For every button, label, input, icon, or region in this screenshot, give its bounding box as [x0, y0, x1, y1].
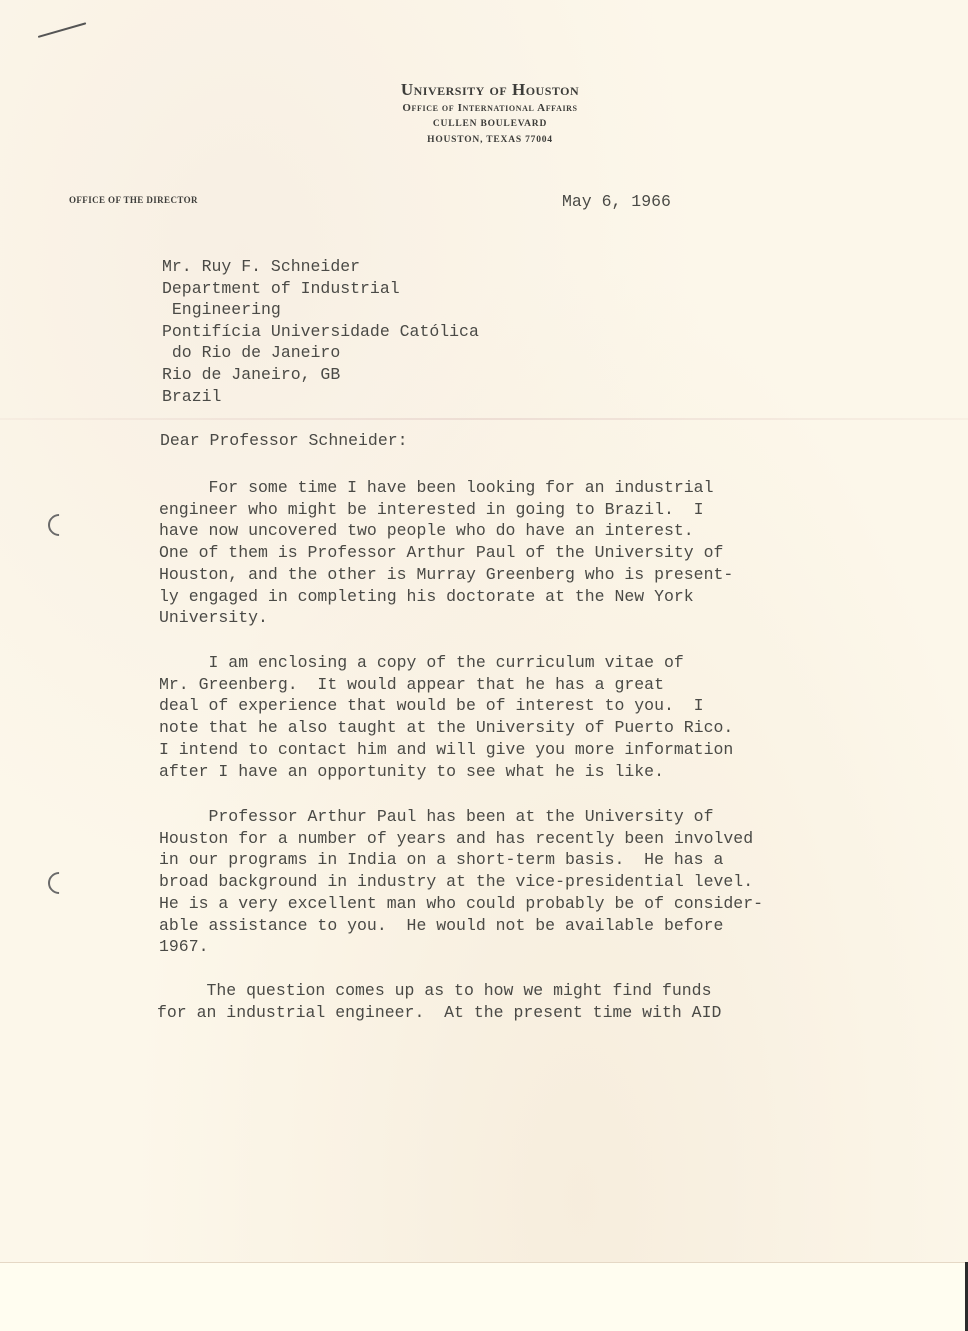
body-paragraph: For some time I have been looking for an…: [159, 477, 733, 629]
paper-fold-line: [0, 418, 968, 420]
text-line: 1967.: [159, 936, 763, 958]
office-name: Office of International Affairs: [340, 100, 640, 116]
punch-hole-icon: [43, 867, 74, 898]
institution-name: University of Houston: [340, 80, 640, 100]
street-address: CULLEN BOULEVARD: [340, 116, 640, 132]
text-line: broad background in industry at the vice…: [159, 871, 763, 893]
body-paragraph: I am enclosing a copy of the curriculum …: [159, 652, 733, 782]
address-line: Department of Industrial: [162, 278, 479, 300]
text-line: One of them is Professor Arthur Paul of …: [159, 542, 733, 564]
salutation: Dear Professor Schneider:: [160, 431, 408, 450]
text-line: note that he also taught at the Universi…: [159, 717, 733, 739]
text-line: University.: [159, 607, 733, 629]
text-line: able assistance to you. He would not be …: [159, 915, 763, 937]
address-line: Pontifícia Universidade Católica: [162, 321, 479, 343]
text-line: deal of experience that would be of inte…: [159, 695, 733, 717]
text-line: after I have an opportunity to see what …: [159, 761, 733, 783]
text-line: I intend to contact him and will give yo…: [159, 739, 733, 761]
text-line: He is a very excellent man who could pro…: [159, 893, 763, 915]
text-line: ly engaged in completing his doctorate a…: [159, 586, 733, 608]
text-line: Mr. Greenberg. It would appear that he h…: [159, 674, 733, 696]
address-line: do Rio de Janeiro: [162, 342, 479, 364]
text-line: in our programs in India on a short-term…: [159, 849, 763, 871]
text-line: for an industrial engineer. At the prese…: [157, 1002, 721, 1024]
sender-office: OFFICE OF THE DIRECTOR: [69, 195, 198, 205]
text-line: Houston for a number of years and has re…: [159, 828, 763, 850]
letter-date: May 6, 1966: [562, 192, 671, 211]
address-line: Rio de Janeiro, GB: [162, 364, 479, 386]
letterhead: University of Houston Office of Internat…: [340, 80, 640, 148]
address-line: Engineering: [162, 299, 479, 321]
text-line: Professor Arthur Paul has been at the Un…: [159, 806, 763, 828]
pen-stroke-mark: [38, 22, 87, 38]
text-line: I am enclosing a copy of the curriculum …: [159, 652, 733, 674]
text-line: For some time I have been looking for an…: [159, 477, 733, 499]
punch-hole-icon: [43, 509, 74, 540]
body-paragraph: Professor Arthur Paul has been at the Un…: [159, 806, 763, 958]
text-line: The question comes up as to how we might…: [157, 980, 721, 1002]
letter-page: University of Houston Office of Internat…: [0, 0, 968, 1263]
recipient-address: Mr. Ruy F. SchneiderDepartment of Indust…: [162, 256, 479, 407]
text-line: Houston, and the other is Murray Greenbe…: [159, 564, 733, 586]
body-paragraph: The question comes up as to how we might…: [157, 980, 721, 1023]
address-line: Mr. Ruy F. Schneider: [162, 256, 479, 278]
text-line: engineer who might be interested in goin…: [159, 499, 733, 521]
address-line: Brazil: [162, 386, 479, 408]
city-address: HOUSTON, TEXAS 77004: [340, 132, 640, 148]
text-line: have now uncovered two people who do hav…: [159, 520, 733, 542]
